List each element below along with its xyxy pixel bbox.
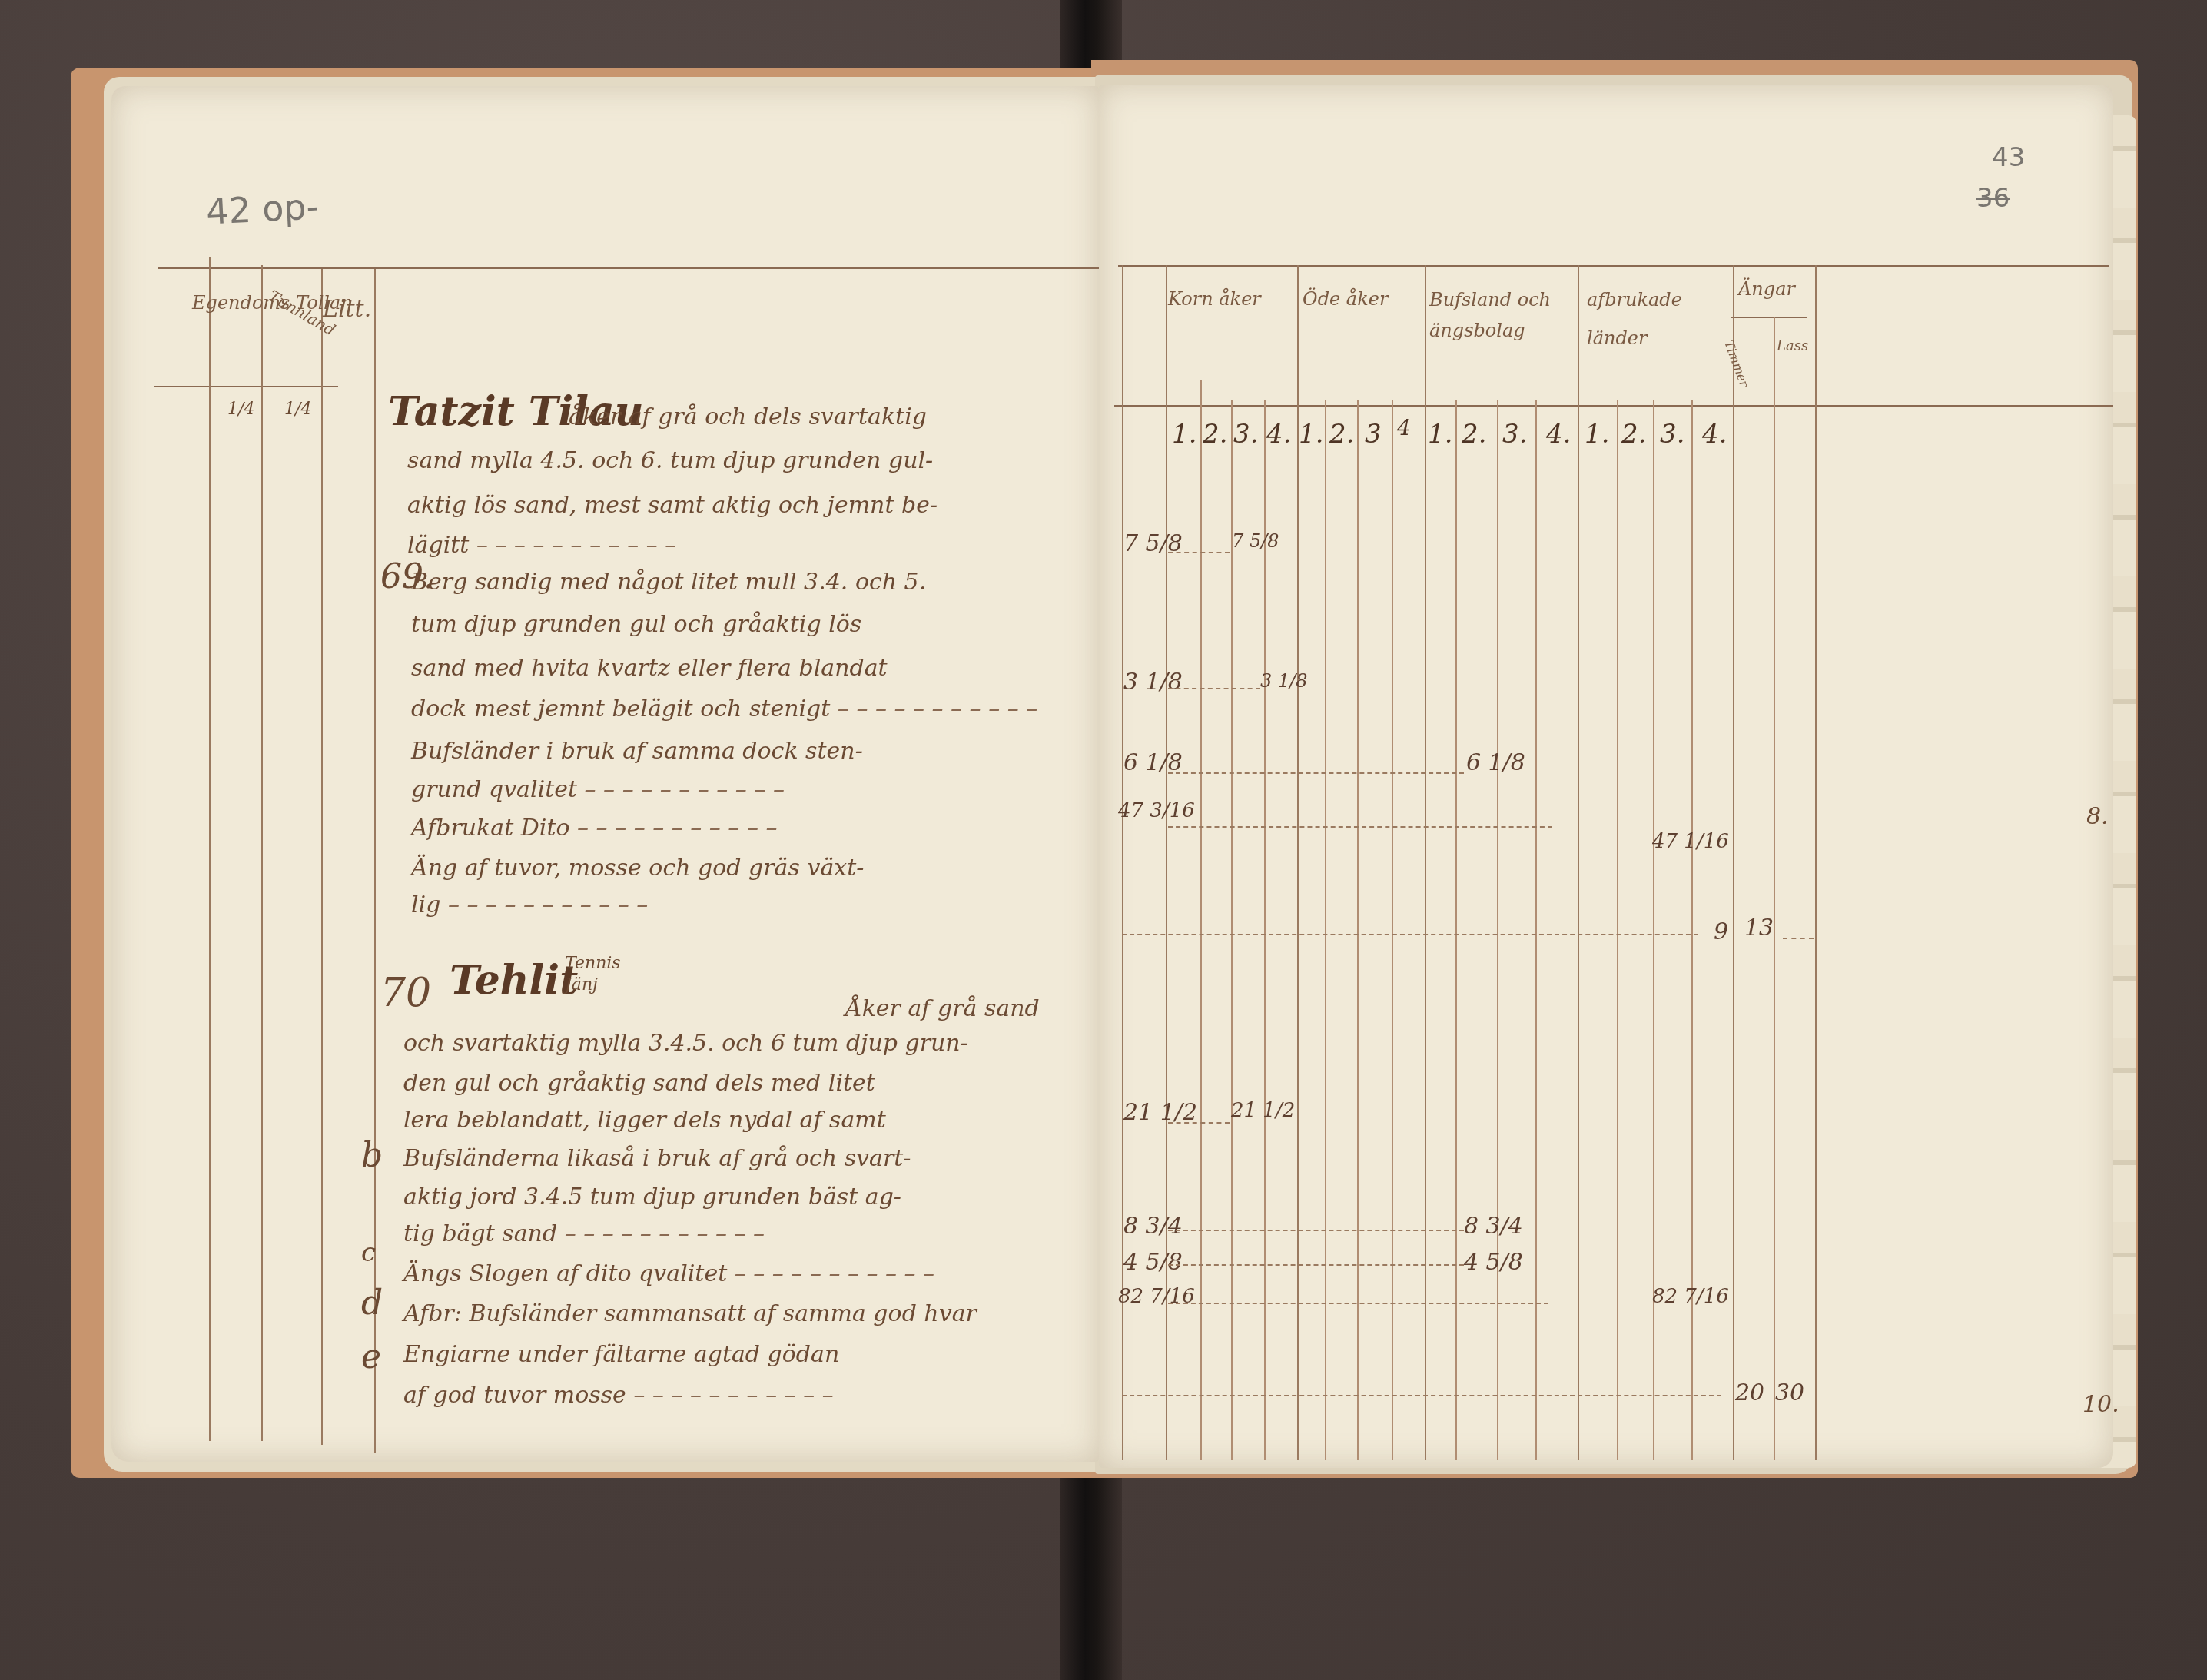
col-rule	[1264, 400, 1266, 1460]
edge-note-8: 8.	[2086, 803, 2109, 830]
row-value: 7 5/8	[1232, 530, 1279, 552]
col-rule	[1166, 265, 1167, 1460]
row-total: 4 5/8	[1123, 1249, 1183, 1276]
page-number: 43	[1992, 142, 2025, 173]
left-col-rule-2	[261, 265, 263, 1441]
col-rule	[1497, 400, 1498, 1460]
row-total: 82 7/16	[1118, 1285, 1195, 1308]
col-header-ode-aker: Öde åker	[1303, 288, 1388, 310]
col-rule	[1774, 317, 1775, 1460]
col-header-korn-aker: Korn åker	[1168, 288, 1261, 310]
entry-line: Engiarne under fältarne agtad gödan	[403, 1341, 839, 1368]
col-rule	[1357, 400, 1359, 1460]
row-value: 4 5/8	[1464, 1249, 1523, 1276]
entry-line: Berg sandig med något litet mull 3.4. oc…	[411, 569, 926, 596]
entry-title-tehlit: Tehlit	[450, 957, 578, 1004]
leader-dots	[1122, 934, 1698, 935]
row-value: 20	[1735, 1380, 1764, 1406]
col-rule	[1325, 400, 1326, 1460]
col-rule	[1535, 400, 1537, 1460]
subcol-number: 1.	[1172, 419, 1196, 450]
entry-line: Bufsländerna likaså i bruk af grå och sv…	[403, 1145, 911, 1172]
header-rule-bottom	[154, 386, 338, 387]
subcol-number: 3.	[1233, 419, 1258, 450]
subcol-number: 4.	[1702, 419, 1727, 450]
col-rule	[1122, 265, 1123, 1460]
col-rule	[1815, 265, 1817, 1460]
left-col-rule-1	[209, 257, 211, 1441]
row-value: 82 7/16	[1652, 1285, 1729, 1308]
edge-note-10: 10.	[2083, 1391, 2119, 1418]
entry-line: Afbrukat Dito	[411, 815, 777, 842]
entry-line: lera beblandatt, ligger dels nydal af sa…	[403, 1107, 886, 1134]
row-total: 3 1/8	[1123, 669, 1183, 696]
leader-dots	[1168, 552, 1230, 553]
entry-line: tum djup grunden gul och gråaktig lös	[411, 611, 861, 638]
subcol-number: 3	[1365, 419, 1382, 450]
entry-line: lig	[411, 891, 648, 918]
entry-line: tig bägt sand	[403, 1220, 765, 1247]
subcol-number: 2.	[1621, 419, 1646, 450]
col-rule	[1425, 265, 1426, 1460]
entry-line: Afbr: Bufsländer sammansatt af samma god…	[403, 1300, 977, 1327]
header-litt: Litt.	[323, 296, 371, 323]
pencil-note: 42 op-	[205, 185, 320, 233]
right-header-rule-top	[1118, 265, 2109, 267]
entry-line: af god tuvor mosse	[403, 1382, 834, 1409]
old-page-number: 36	[1976, 183, 2010, 214]
entry-line: Ängs Slogen af dito qvalitet	[403, 1260, 934, 1287]
row-value: 21 1/2	[1231, 1099, 1295, 1122]
row-value-2: 13	[1744, 915, 1774, 941]
leader-dots	[1168, 1122, 1230, 1124]
col-header-angar: Ängar	[1738, 278, 1795, 300]
leader-dots	[1168, 1303, 1548, 1304]
subcol-number: 1.	[1585, 419, 1609, 450]
entry-line: åker af grå och dels svartaktig	[569, 403, 927, 430]
col-rule	[1455, 400, 1457, 1460]
row-value-2: 30	[1775, 1380, 1804, 1406]
header-rule-top	[158, 267, 1110, 269]
entry-line: och svartaktig mylla 3.4.5. och 6 tum dj…	[403, 1030, 968, 1057]
entry-line: aktig lös sand, mest samt aktig och jemn…	[407, 492, 938, 519]
row-value: 47 1/16	[1652, 830, 1729, 853]
margin-letter-c: c	[361, 1237, 376, 1268]
col-header-bufsland: Bufsland och ängsbolag	[1429, 284, 1571, 346]
subcol-number: 2.	[1462, 419, 1486, 450]
left-col-rule-4	[374, 269, 376, 1453]
subcol-number: 4.	[1266, 419, 1291, 450]
subcol-number: 1.	[1428, 419, 1452, 450]
leader-dots	[1168, 1264, 1464, 1266]
row-value: 3 1/8	[1260, 670, 1308, 692]
entry-line: dock mest jemnt belägit och stenigt	[411, 696, 1037, 722]
entry-line: Åker af grå sand	[845, 995, 1040, 1022]
subcol-number: 3.	[1502, 419, 1527, 450]
col-rule	[1200, 380, 1202, 1460]
subcol-number: 3.	[1660, 419, 1684, 450]
col-rule	[1617, 400, 1618, 1460]
leader-dots	[1168, 688, 1260, 689]
col-rule	[1733, 265, 1734, 1460]
row-total: 47 3/16	[1118, 799, 1195, 822]
entry-line: Äng af tuvor, mosse och god gräs växt-	[411, 855, 864, 882]
row-value: 6 1/8	[1466, 749, 1525, 776]
leader-dots	[1168, 772, 1464, 774]
entry-line: Bufsländer i bruk af samma dock sten-	[411, 738, 863, 765]
entry-number-70: 70	[380, 970, 431, 1016]
leader-dots	[1168, 826, 1552, 828]
subcol-number: 4.	[1546, 419, 1571, 450]
fraction-2: 1/4	[284, 400, 311, 419]
subcol-number: 2.	[1203, 419, 1227, 450]
entry-line: den gul och gråaktig sand dels med litet	[403, 1070, 875, 1097]
col-subheader-lass: Lass	[1777, 338, 1808, 354]
bracket-note: Tennis Jänj	[565, 953, 619, 996]
col-rule	[1392, 400, 1393, 1460]
margin-letter-d: d	[361, 1283, 383, 1323]
angar-sub-rule	[1731, 317, 1807, 318]
entry-line: sand med hvita kvartz eller flera blanda…	[411, 655, 888, 682]
left-col-rule-3	[321, 269, 323, 1445]
leader-dots	[1168, 1230, 1464, 1231]
col-rule	[1231, 400, 1233, 1460]
row-value: 9	[1714, 918, 1728, 945]
margin-letter-b: b	[361, 1136, 383, 1175]
row-total: 8 3/4	[1123, 1213, 1183, 1240]
fraction-1: 1/4	[227, 400, 254, 419]
subcol-number: 1.	[1299, 419, 1323, 450]
subcol-number: 2.	[1329, 419, 1354, 450]
leader-dots	[1122, 1395, 1721, 1396]
entry-line: grund qvalitet	[411, 776, 785, 803]
entry-line: aktig jord 3.4.5 tum djup grunden bäst a…	[403, 1184, 901, 1210]
col-header-afbrukade: afbrukade länder	[1587, 281, 1725, 357]
entry-line: sand mylla 4.5. och 6. tum djup grunden …	[407, 447, 933, 474]
entry-line: lägitt	[407, 532, 676, 559]
margin-letter-e: e	[361, 1337, 381, 1376]
leader-dots	[1783, 938, 1814, 939]
col-rule	[1578, 265, 1579, 1460]
subcol-number: 4	[1397, 415, 1411, 440]
row-value: 8 3/4	[1464, 1213, 1523, 1240]
